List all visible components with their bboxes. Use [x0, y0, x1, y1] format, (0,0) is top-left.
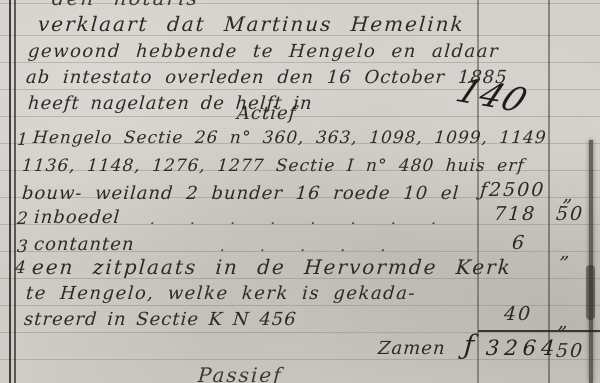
- entry-2-amount-cents: 50: [555, 203, 585, 225]
- preamble-line-1: den notaris: [51, 0, 200, 10]
- entry-4-line-2: te Hengelo, welke kerk is gekada-: [25, 283, 416, 304]
- entry-3-leader-dots: . . . . .: [219, 236, 386, 255]
- entry-3-number: 3: [16, 237, 29, 257]
- entry-3-amount-gulden: 6: [511, 232, 527, 254]
- entry-2-leader-dots: . . . . . . . .: [149, 209, 437, 228]
- total-amount-gulden: 3264: [485, 336, 560, 360]
- entry-4-line-3: streerd in Sectie K N 456: [23, 309, 297, 330]
- entry-4-amount-gulden: 40: [503, 303, 533, 325]
- entry-1-number: 1: [16, 130, 29, 150]
- page-edge-shadow: [589, 140, 593, 383]
- scanned-ledger-page: den notaris verklaart dat Martinus Hemel…: [0, 0, 600, 383]
- entry-4-number: 4: [14, 258, 27, 278]
- preamble-line-2: verklaart dat Martinus Hemelink: [37, 12, 465, 36]
- entry-1-line-1: Hengelo Sectie 26 n° 360, 363, 1098, 109…: [32, 128, 547, 148]
- total-label: Zamen: [377, 338, 446, 359]
- entry-1-amount-inline: ƒ2500: [479, 179, 546, 201]
- entry-2-number: 2: [16, 209, 29, 229]
- entry-4-line-1: een zitplaats in de Hervormde Kerk: [31, 255, 513, 279]
- entry-1-line-2: 1136, 1148, 1276, 1277 Sectie I n° 480 h…: [21, 156, 525, 176]
- cent-column-line: [548, 0, 550, 383]
- preamble-line-4: ab intestato overleden den 16 October 18…: [25, 67, 508, 88]
- entry-2-label: inboedel: [33, 207, 121, 228]
- sum-rule: [478, 330, 600, 332]
- total-amount-cents: 50: [555, 340, 585, 362]
- left-margin-line-outer: [9, 0, 11, 383]
- entry-3-amount-cents: „: [559, 241, 572, 263]
- page-edge-blotch: [586, 265, 595, 320]
- entry-1-line-3: bouw- weiland 2 bunder 16 roede 10 el: [21, 183, 460, 204]
- entry-2-amount-gulden: 718: [493, 203, 537, 225]
- left-margin-line-inner: [14, 0, 16, 383]
- preamble-line-3: gewoond hebbende te Hengelo en aldaar: [27, 41, 500, 62]
- entry-3-label: contanten: [33, 234, 135, 255]
- passief-heading: Passief: [197, 363, 283, 383]
- actief-heading: Actief: [236, 103, 297, 124]
